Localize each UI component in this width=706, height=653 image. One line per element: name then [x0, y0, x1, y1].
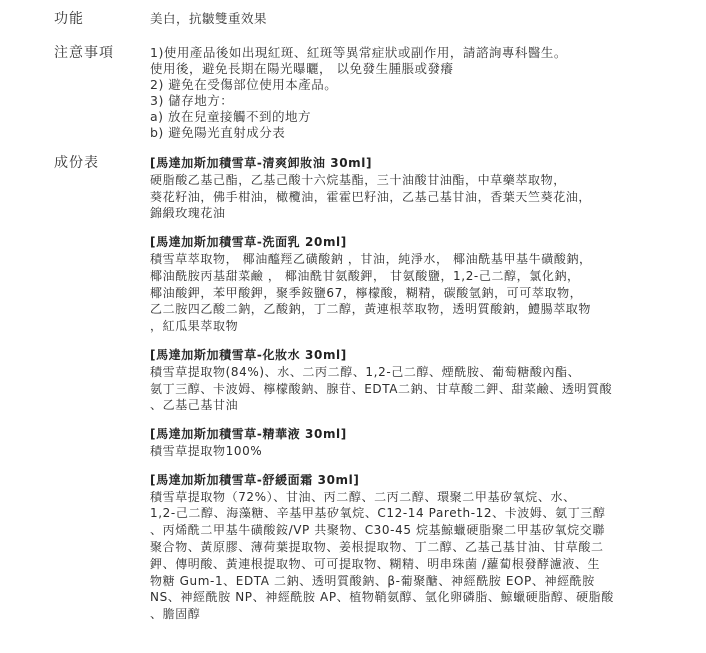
caution-label: 注意事項 — [54, 45, 114, 61]
ingredient-line: 硬脂酸乙基己酯，乙基己酸十六烷基酯，三十油酸甘油酯，中草藥萃取物， — [150, 172, 670, 189]
ingredient-line: 氨丁三醇、卡波姆、檸檬酸鈉、腺苷、EDTA二鈉、甘草酸二鉀、甜菜鹼、透明質酸 — [150, 381, 670, 398]
ingredient-line: 積雪草提取物(84%)、水、二丙二醇、1,2-己二醇、煙酰胺、葡萄糖酸內酯、 — [150, 364, 670, 381]
product-soothing-cream: [馬達加斯加積雪草-舒緩面霜 30ml] 積雪草提取物（72%）、甘油、丙二醇、… — [150, 472, 670, 623]
ingredient-line: ，紅瓜果萃取物 — [150, 318, 670, 335]
ingredient-line: 椰油酰胺丙基甜菜鹼 ， 椰油酰甘氨酸鉀， 甘氨酸鹽，1,2-己二醇，氯化鈉， — [150, 268, 670, 285]
product-cleansing-oil: [馬達加斯加積雪草-清爽卸妝油 30ml] 硬脂酸乙基己酯，乙基己酸十六烷基酯，… — [150, 155, 670, 222]
ingredient-line: 鉀、傳明酸、黃連根提取物、可可提取物、糊精、明串珠菌 /蘿蔔根發酵濾液、生 — [150, 556, 670, 573]
product-title: [馬達加斯加積雪草-舒緩面霜 30ml] — [150, 472, 670, 489]
product-toner: [馬達加斯加積雪草-化妝水 30ml] 積雪草提取物(84%)、水、二丙二醇、1… — [150, 347, 670, 414]
ingredients-label: 成份表 — [54, 155, 99, 171]
product-title: [馬達加斯加積雪草-精華液 30ml] — [150, 426, 670, 443]
function-label: 功能 — [54, 11, 84, 27]
product-facial-cleanser: [馬達加斯加積雪草-洗面乳 20ml] 積雪草萃取物， 椰油醯羥乙磺酸鈉 ，甘油… — [150, 234, 670, 335]
ingredient-line: 積雪草提取物100% — [150, 443, 670, 460]
ingredient-line: NS、神經酰胺 NP、神經酰胺 AP、植物鞘氨醇、氫化卵磷脂、鯨蠟硬脂醇、硬脂酸 — [150, 589, 670, 606]
ingredient-line: 物糖 Gum-1、EDTA 二鈉、透明質酸鈉、β-葡聚醣、神經酰胺 EOP、神經… — [150, 573, 670, 590]
ingredient-line: 積雪草萃取物， 椰油醯羥乙磺酸鈉 ，甘油，純淨水， 椰油酰基甲基牛磺酸鈉， — [150, 251, 670, 268]
ingredient-line: 1,2-己二醇、海藻糖、辛基甲基矽氧烷、C12-14 Pareth-12、卡波姆… — [150, 505, 670, 522]
ingredient-line: 聚合物、黃原膠、薄荷葉提取物、姜根提取物、丁二醇、乙基己基甘油、甘草酸二 — [150, 539, 670, 556]
ingredient-line: 、乙基己基甘油 — [150, 397, 670, 414]
caution-line: 1)使用產品後如出現紅斑、紅斑等異常症狀或副作用，請諮詢專科醫生。 — [150, 45, 670, 61]
ingredient-line: 乙二胺四乙酸二鈉，乙酸鈉，丁二醇，黃連根萃取物，透明質酸鈉，鱧腸萃取物 — [150, 301, 670, 318]
ingredient-line: 錦緞玫瑰花油 — [150, 205, 670, 222]
ingredient-line: 積雪草提取物（72%）、甘油、丙二醇、二丙二醇、環聚二甲基矽氧烷、水、 — [150, 489, 670, 506]
function-content: 美白，抗皺雙重效果 — [150, 11, 670, 27]
ingredient-line: 、膽固醇 — [150, 606, 670, 623]
product-serum: [馬達加斯加積雪草-精華液 30ml] 積雪草提取物100% — [150, 426, 670, 460]
ingredient-line: 葵花籽油，佛手柑油，橄欖油，霍霍巴籽油，乙基己基甘油，香葉天竺葵花油， — [150, 189, 670, 206]
function-value: 美白，抗皺雙重效果 — [150, 11, 670, 27]
caution-content: 1)使用產品後如出現紅斑、紅斑等異常症狀或副作用，請諮詢專科醫生。 使用後，避免… — [150, 45, 670, 141]
ingredient-line: 椰油酸鉀，苯甲酸鉀，聚季銨鹽67，檸檬酸，糊精，碳酸氫鈉，可可萃取物， — [150, 285, 670, 302]
product-title: [馬達加斯加積雪草-洗面乳 20ml] — [150, 234, 670, 251]
caution-line: 2) 避免在受傷部位使用本產品。 — [150, 77, 670, 93]
caution-line: b) 避免陽光直射成分表 — [150, 125, 670, 141]
caution-line: a) 放在兒童接觸不到的地方 — [150, 109, 670, 125]
ingredient-line: 、丙烯酰二甲基牛磺酸銨/VP 共聚物、C30-45 烷基鯨蠟硬脂聚二甲基矽氧烷交… — [150, 522, 670, 539]
product-title: [馬達加斯加積雪草-清爽卸妝油 30ml] — [150, 155, 670, 172]
ingredients-content: [馬達加斯加積雪草-清爽卸妝油 30ml] 硬脂酸乙基己酯，乙基己酸十六烷基酯，… — [150, 155, 670, 635]
caution-line: 3) 儲存地方： — [150, 93, 670, 109]
caution-line: 使用後，避免長期在陽光曝曬， 以免發生腫脹或發癢 — [150, 61, 670, 77]
product-title: [馬達加斯加積雪草-化妝水 30ml] — [150, 347, 670, 364]
